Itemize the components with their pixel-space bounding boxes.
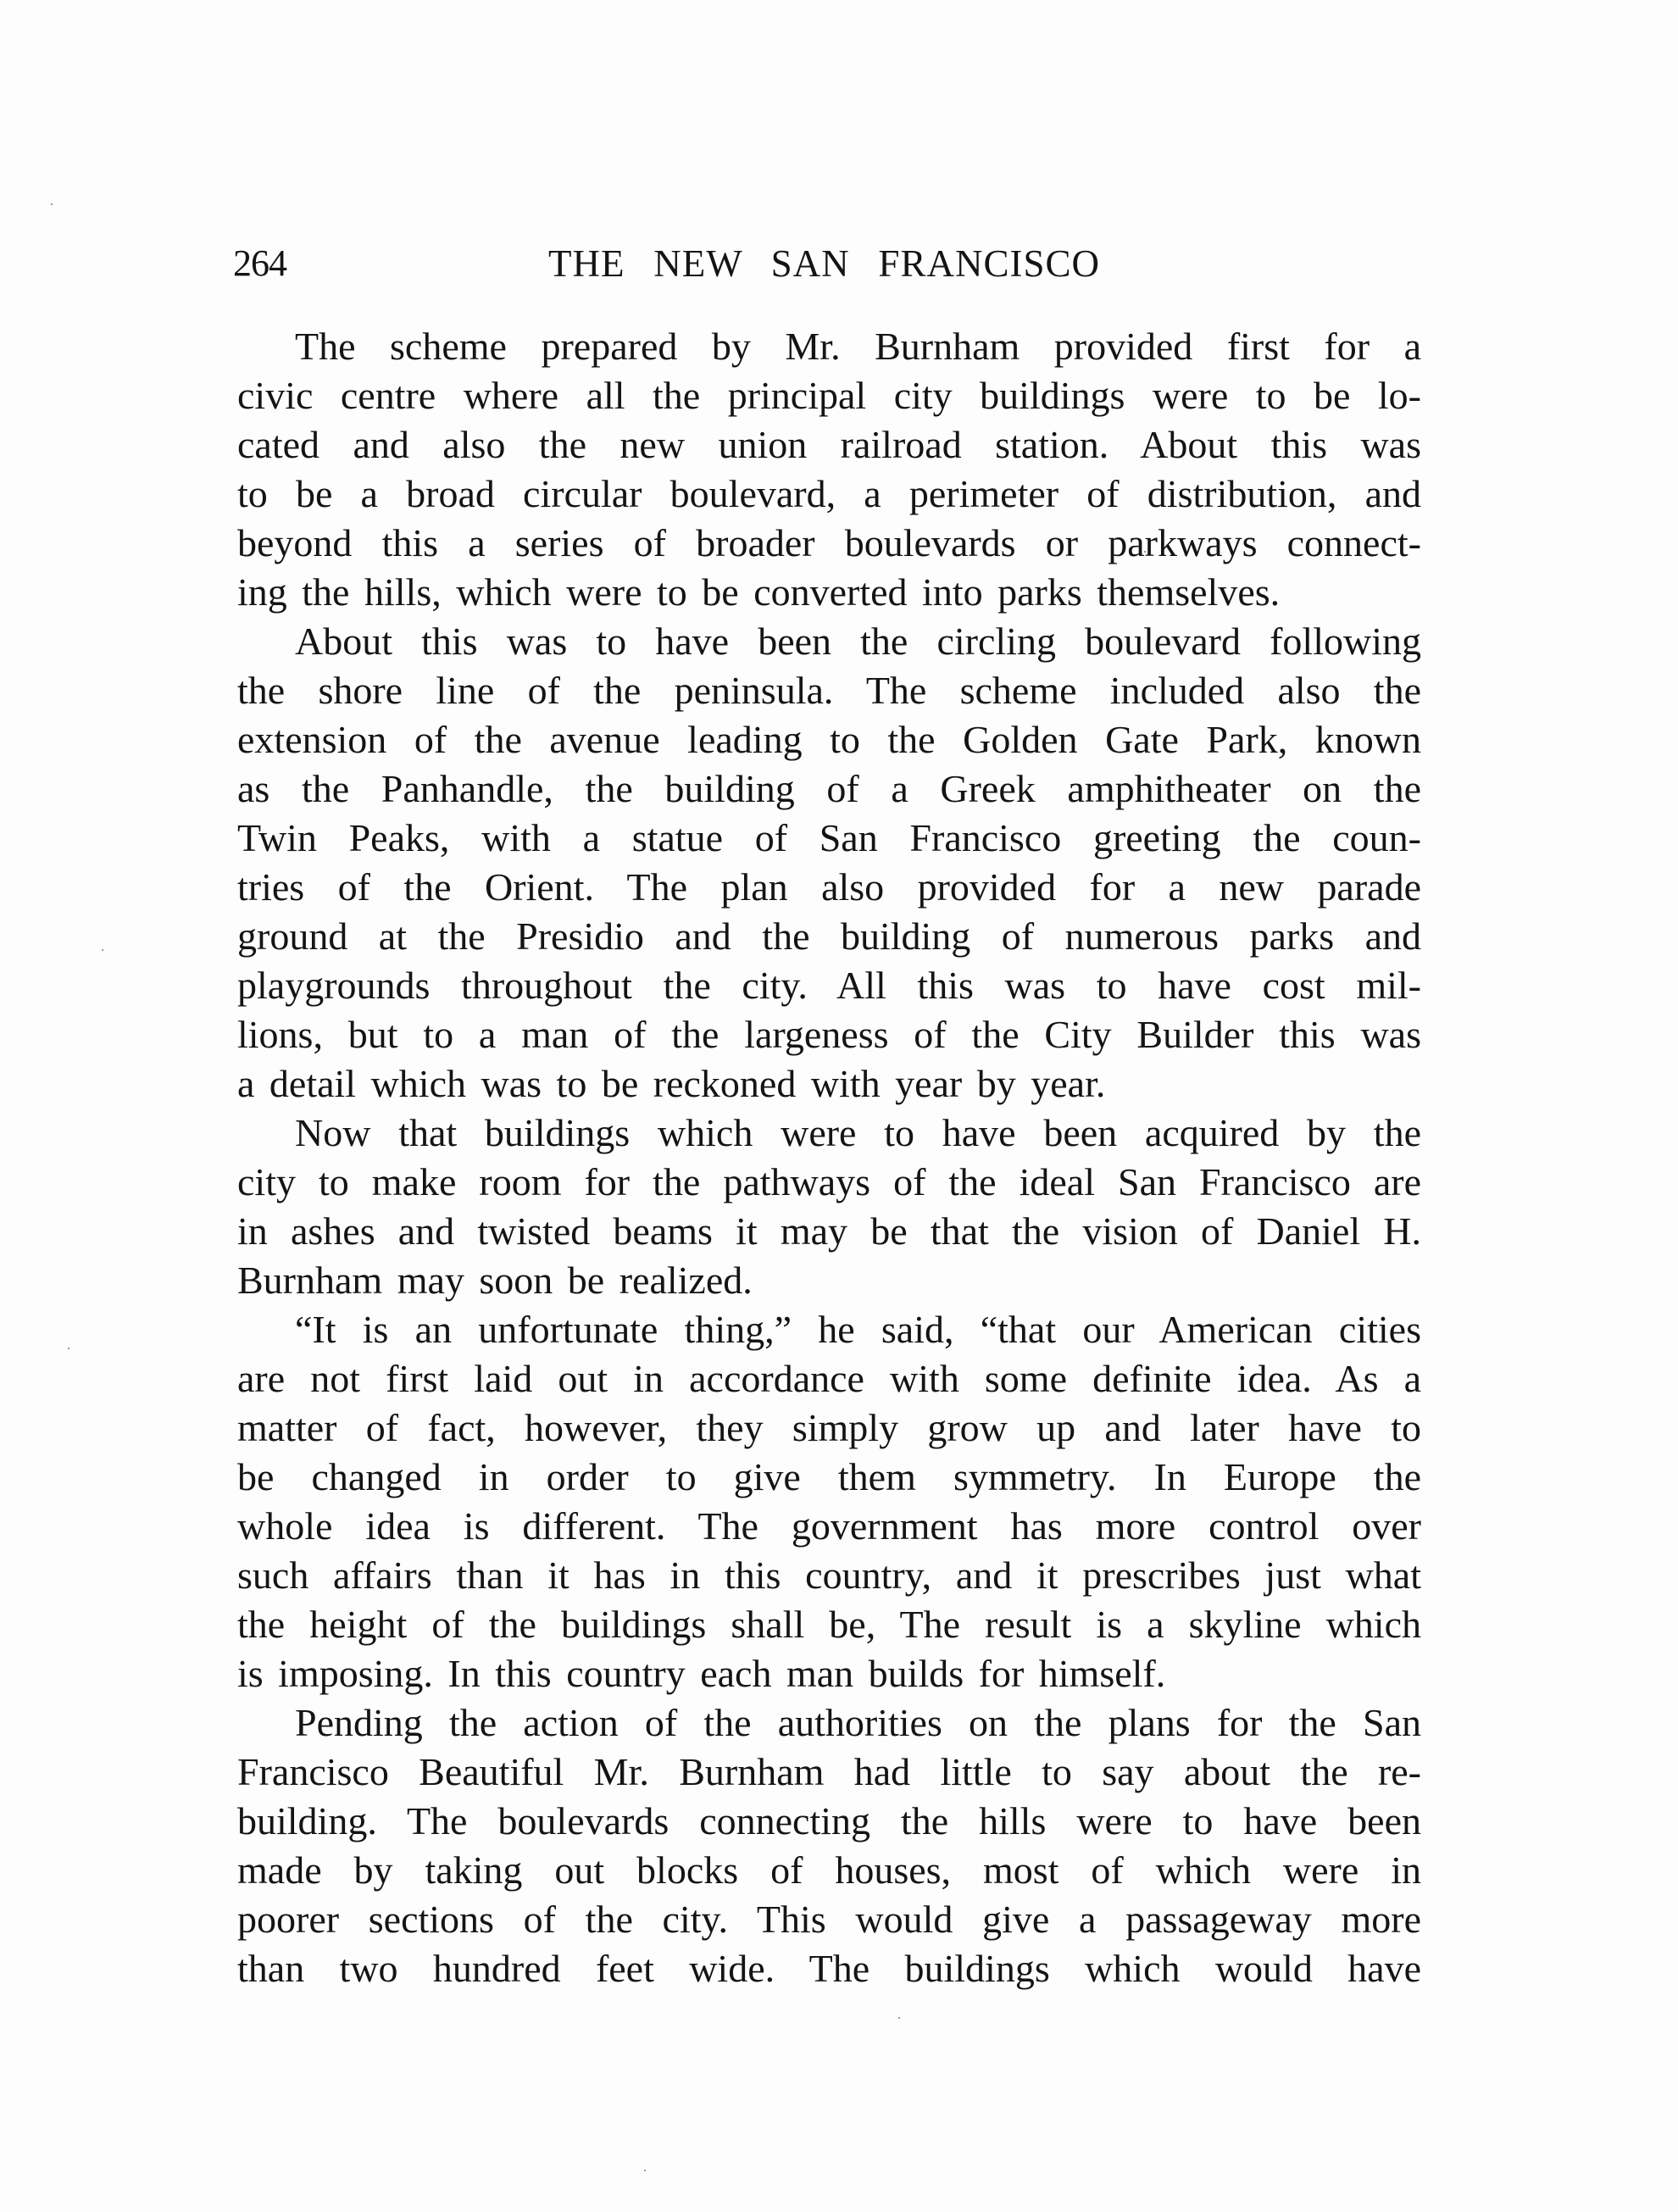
body-text: The scheme prepared by Mr. Burnham provi… — [237, 322, 1421, 1993]
scanned-book-page: 264 THE NEW SAN FRANCISCO The scheme pre… — [0, 0, 1678, 2212]
text-line: as the Panhandle, the building of a Gree… — [237, 764, 1421, 814]
text-line: the height of the buildings shall be, Th… — [237, 1600, 1421, 1649]
text-line: Pending the action of the authorities on… — [237, 1698, 1421, 1748]
scan-speck — [51, 203, 53, 205]
page-number: 264 — [233, 242, 286, 285]
paragraph: Now that buildings which were to have be… — [237, 1109, 1421, 1305]
paragraph: “It is an unfortunate thing,” he said, “… — [237, 1305, 1421, 1698]
text-line: extension of the avenue leading to the G… — [237, 715, 1421, 764]
scan-speck — [644, 2170, 646, 2171]
scan-speck — [898, 2017, 900, 2019]
book-title: THE NEW SAN FRANCISCO — [548, 242, 1100, 285]
text-line: cated and also the new union railroad st… — [237, 420, 1421, 470]
text-line: whole idea is different. The government … — [237, 1502, 1421, 1551]
text-line: Burnham may soon be realized. — [237, 1256, 1421, 1305]
text-line: ground at the Presidio and the building … — [237, 912, 1421, 961]
text-line: beyond this a series of broader boulevar… — [237, 519, 1421, 568]
text-line: About this was to have been the circling… — [237, 617, 1421, 666]
text-line: is imposing. In this country each man bu… — [237, 1649, 1421, 1698]
text-line: poorer sections of the city. This would … — [237, 1895, 1421, 1944]
paragraph: The scheme prepared by Mr. Burnham provi… — [237, 322, 1421, 617]
text-line: city to make room for the pathways of th… — [237, 1158, 1421, 1207]
text-line: are not first laid out in accordance wit… — [237, 1354, 1421, 1403]
text-line: civic centre where all the principal cit… — [237, 371, 1421, 420]
text-line: to be a broad circular boulevard, a peri… — [237, 470, 1421, 519]
scan-speck — [102, 949, 103, 951]
text-line: tries of the Orient. The plan also provi… — [237, 863, 1421, 912]
text-line: ing the hills, which were to be converte… — [237, 568, 1421, 617]
text-line: made by taking out blocks of houses, mos… — [237, 1846, 1421, 1895]
text-line: than two hundred feet wide. The building… — [237, 1944, 1421, 1993]
text-line: be changed in order to give them symmetr… — [237, 1453, 1421, 1502]
text-line: the shore line of the peninsula. The sch… — [237, 666, 1421, 715]
text-line: playgrounds throughout the city. All thi… — [237, 961, 1421, 1010]
text-line: Now that buildings which were to have be… — [237, 1109, 1421, 1158]
scan-speck — [1390, 1975, 1392, 1976]
text-line: such affairs than it has in this country… — [237, 1551, 1421, 1600]
text-line: Twin Peaks, with a statue of San Francis… — [237, 814, 1421, 863]
running-head: 264 THE NEW SAN FRANCISCO — [233, 242, 1421, 285]
text-line: building. The boulevards connecting the … — [237, 1797, 1421, 1846]
text-line: matter of fact, however, they simply gro… — [237, 1403, 1421, 1453]
text-line: in ashes and twisted beams it may be tha… — [237, 1207, 1421, 1256]
text-line: “It is an unfortunate thing,” he said, “… — [237, 1305, 1421, 1354]
paragraph: Pending the action of the authorities on… — [237, 1698, 1421, 1993]
text-line: a detail which was to be reckoned with y… — [237, 1059, 1421, 1109]
text-line: Francisco Beautiful Mr. Burnham had litt… — [237, 1748, 1421, 1797]
paragraph: About this was to have been the circling… — [237, 617, 1421, 1109]
text-line: The scheme prepared by Mr. Burnham provi… — [237, 322, 1421, 371]
scan-speck — [1144, 551, 1146, 553]
text-line: lions, but to a man of the largeness of … — [237, 1010, 1421, 1059]
scan-speck — [68, 1348, 69, 1349]
